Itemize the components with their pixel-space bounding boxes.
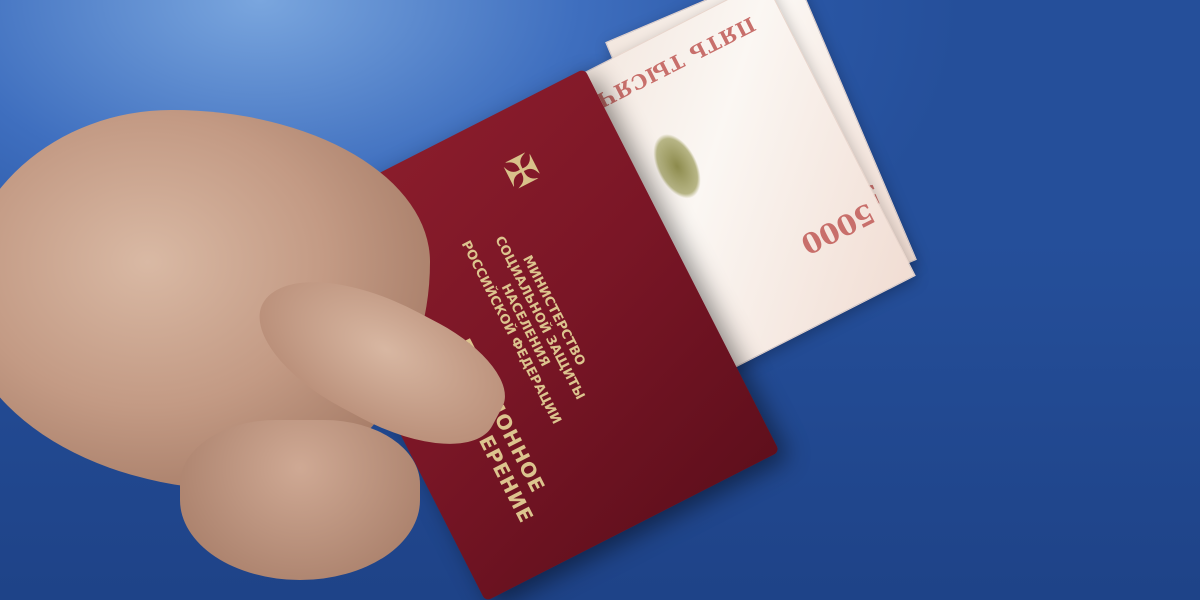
coat-of-arms-icon: ✠ [490,138,555,205]
fingers [180,420,420,580]
banknote-denomination: 5000 [796,196,880,261]
banknote-tree-image [643,126,710,207]
